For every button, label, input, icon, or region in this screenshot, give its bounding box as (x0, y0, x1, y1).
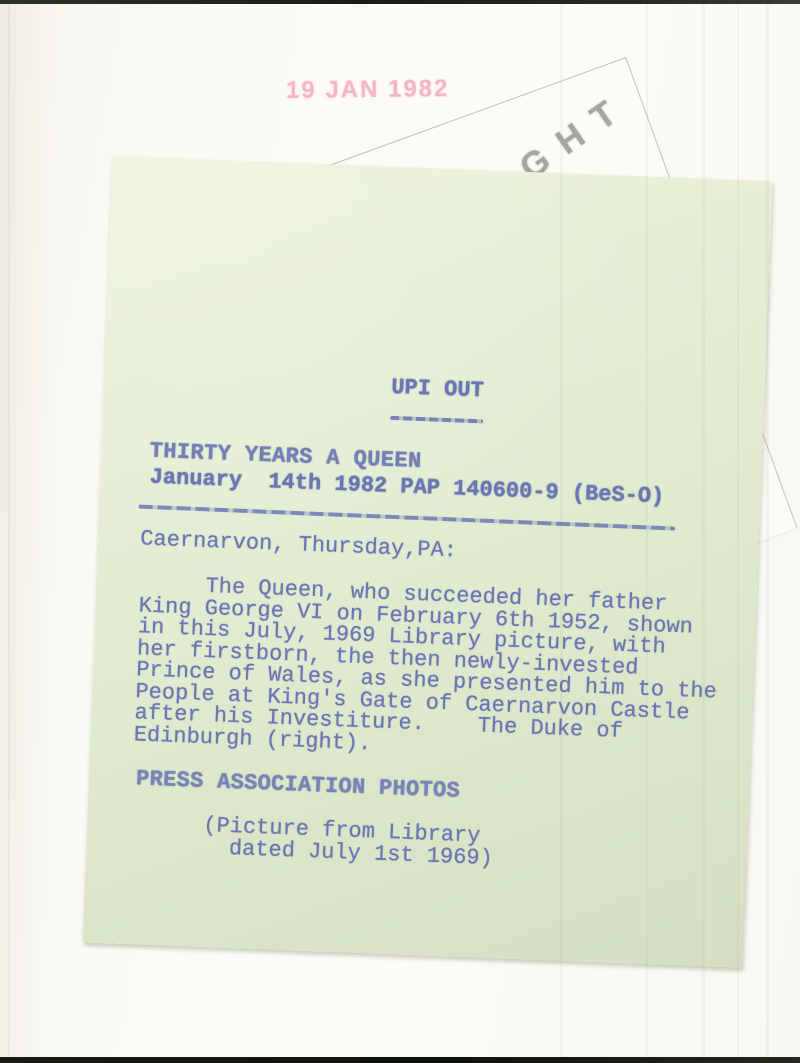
paper-shading-band (0, 0, 56, 1063)
press-photo-caption-scan: 19 JAN 1982 COPYRIGHT UPI OUT THIRTY YEA… (0, 0, 800, 1063)
dateline: Caernarvon, Thursday,PA: (140, 528, 457, 562)
caption-sheet: UPI OUT THIRTY YEARS A QUEEN January 14t… (83, 156, 773, 968)
credit-line: PRESS ASSOCIATION PHOTOS (136, 768, 461, 802)
divider-line (138, 505, 675, 531)
caption-body: The Queen, who succeeded her father King… (133, 573, 720, 767)
library-note: (Picture from Library dated July 1st 196… (202, 815, 494, 869)
agency-slug: UPI OUT (391, 377, 484, 402)
slug-underline (390, 416, 483, 424)
photo-edge-top (0, 0, 800, 4)
date-received-stamp: 19 JAN 1982 (286, 75, 450, 105)
photo-edge-bottom (0, 1057, 800, 1063)
